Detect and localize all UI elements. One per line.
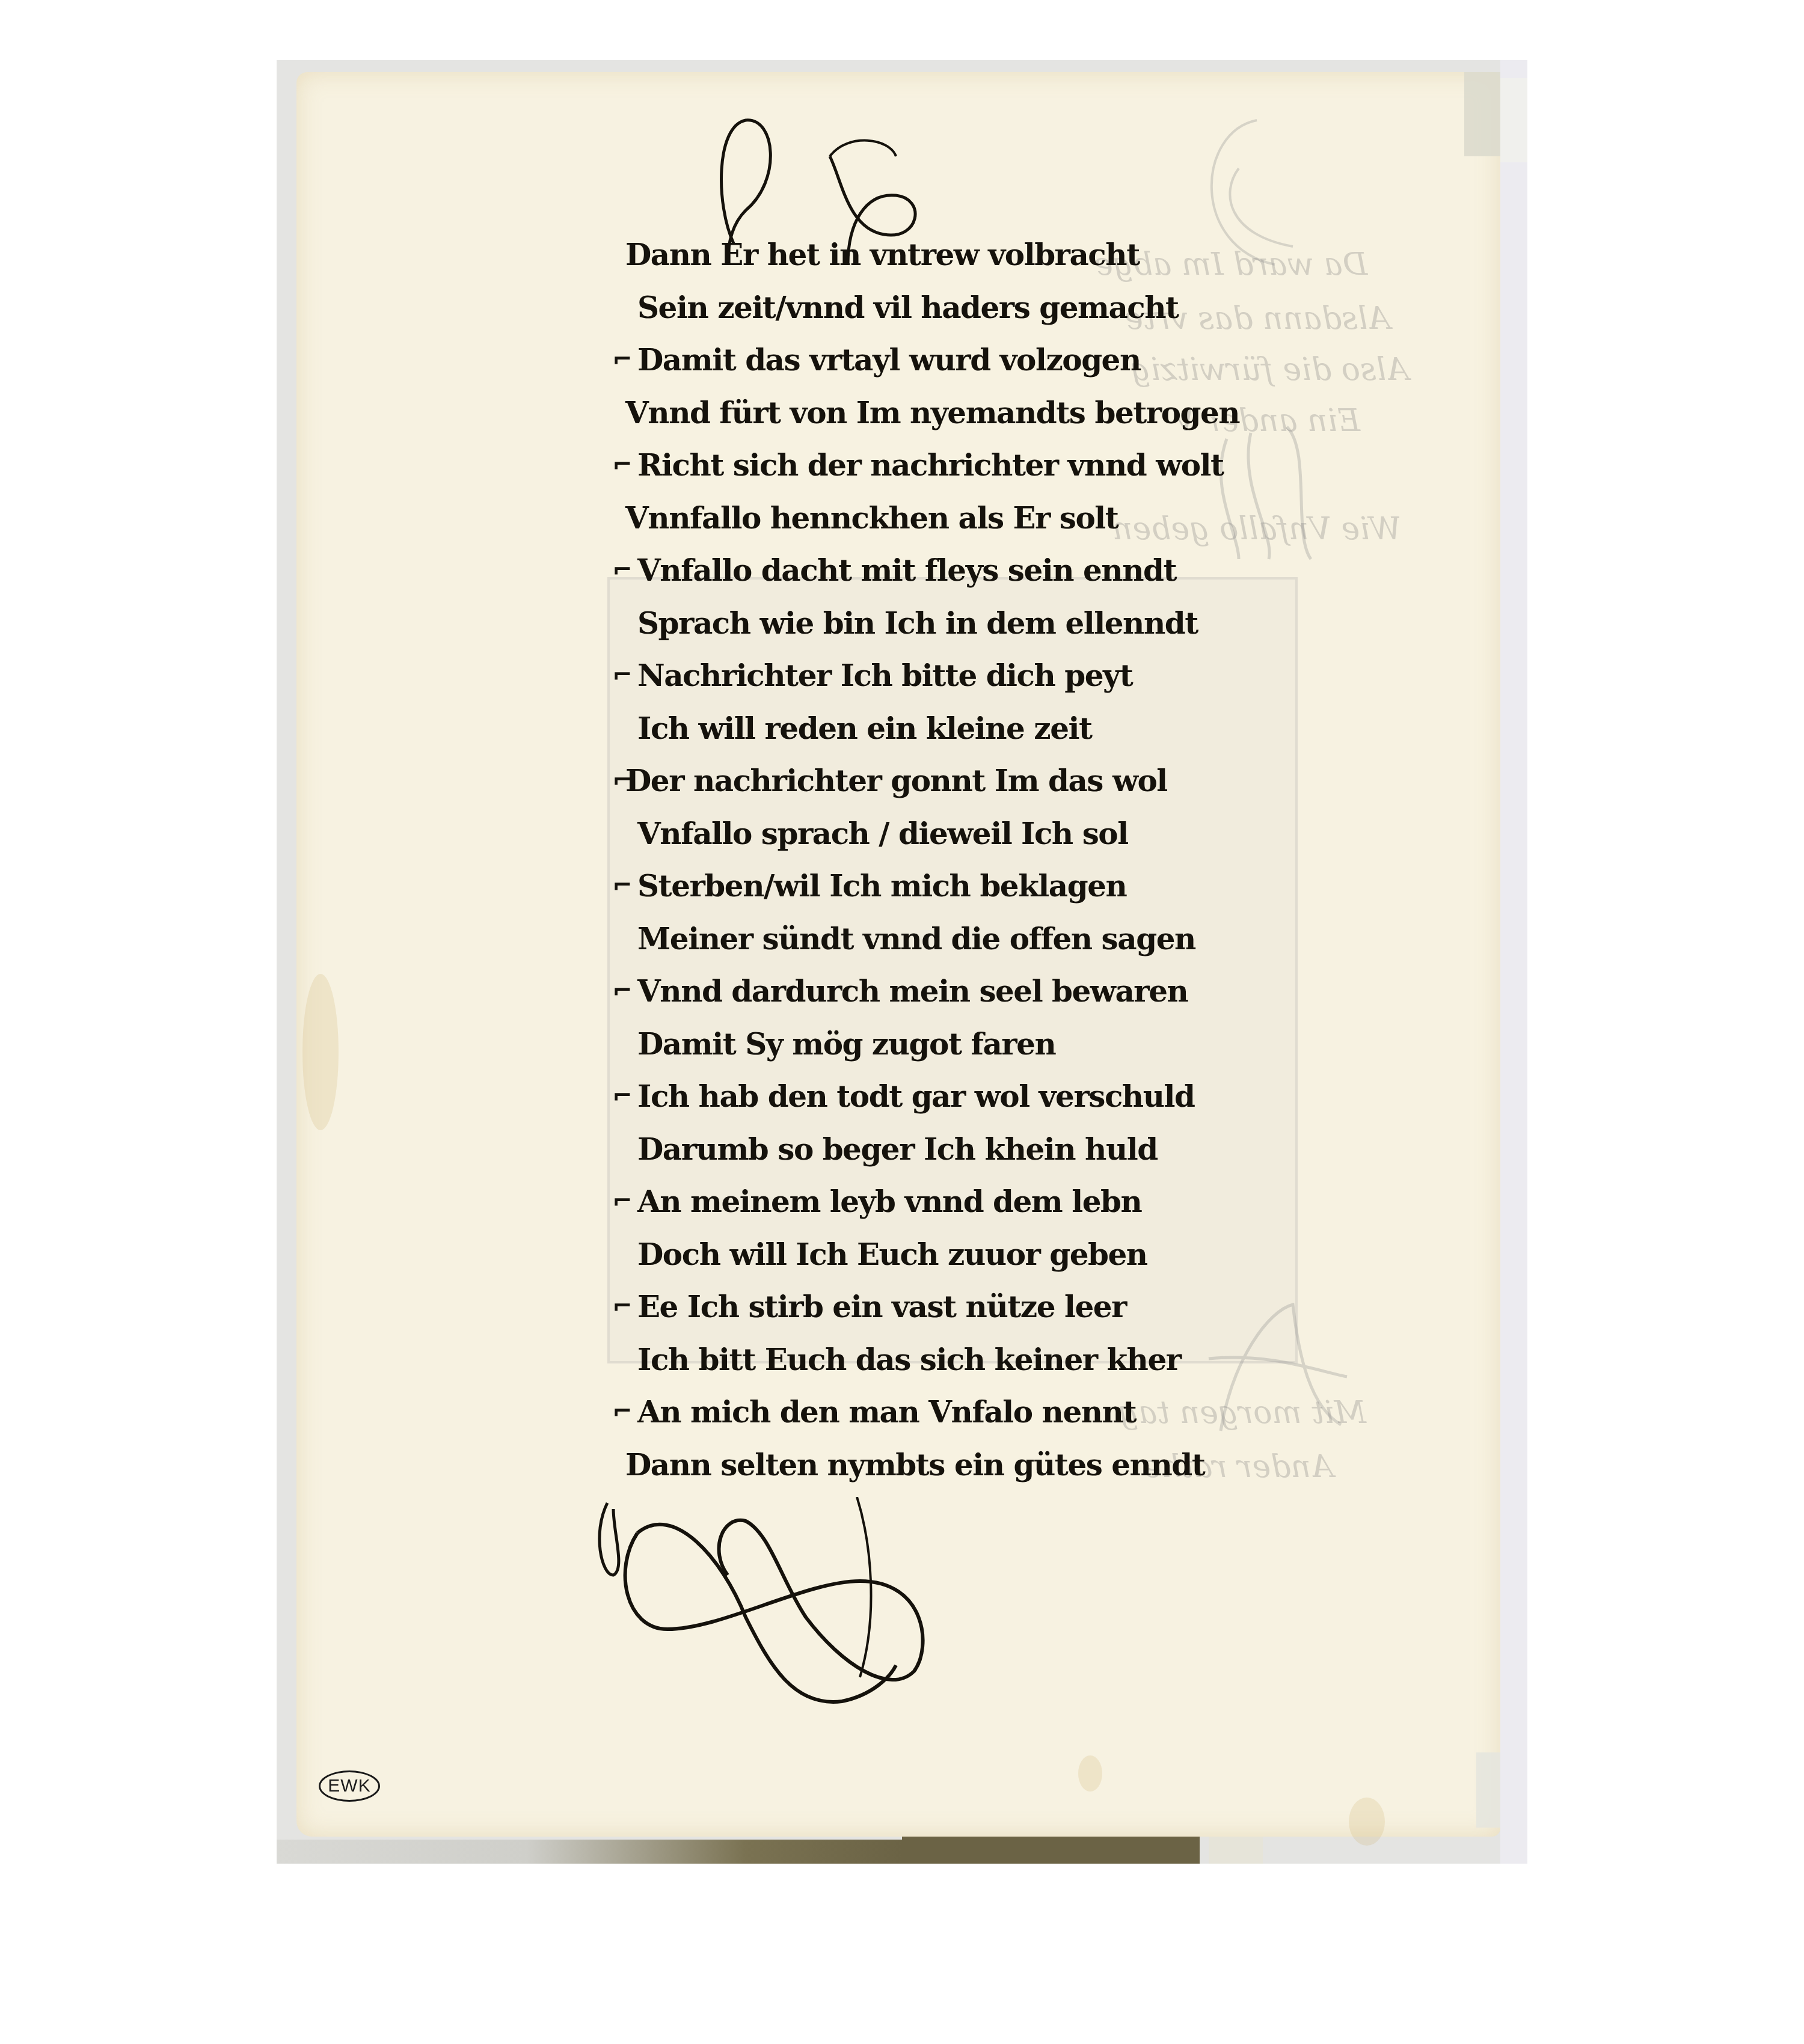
paragraph-mark-icon: ⌐ — [612, 1070, 631, 1123]
hinge-tape-bottom — [1209, 1834, 1263, 1864]
showthrough-line: Also die fürwitzig — [1131, 352, 1409, 388]
paragraph-mark-icon: ⌐ — [612, 1386, 631, 1439]
paragraph-mark-icon: ⌐ — [612, 334, 631, 387]
verse-line-9: ⌐Nachrichter Ich bitte dich peyt — [625, 649, 1131, 702]
foxing-stain — [1349, 1798, 1385, 1846]
paragraph-mark-icon: ⌐ — [612, 544, 631, 597]
collector-stamp: EWK — [319, 1770, 380, 1802]
hinge-tape-top-mount — [1500, 78, 1527, 162]
showthrough-initial-icon — [1203, 415, 1323, 571]
verse-line-13: ⌐Sterben/wil Ich mich beklagen — [625, 860, 1131, 913]
verse-line-5: ⌐Richt sich der nachrichter vnnd wolt — [625, 439, 1131, 492]
verse-line-3: ⌐Damit das vrtayl wurd volzogen — [625, 334, 1131, 387]
verse-line-15: ⌐Vnnd dardurch mein seel bewaren — [625, 965, 1131, 1018]
paragraph-mark-icon: ⌐ — [612, 965, 631, 1018]
verse-line-10: Ich will reden ein kleine zeit — [625, 702, 1131, 755]
verse-line-1: Dann Er het in vntrew volbracht — [625, 228, 1131, 281]
paragraph-mark-icon: ⌐ — [612, 860, 631, 913]
mount-right-edge — [1500, 60, 1527, 1864]
verse-line-16: Damit Sy mög zugot faren — [625, 1018, 1131, 1071]
verse-line-7: ⌐Vnfallo dacht mit fleys sein enndt — [625, 544, 1131, 597]
verse-line-8: Sprach wie bin Ich in dem ellenndt — [625, 597, 1131, 650]
mount-shadow-bottom — [277, 1840, 902, 1864]
showthrough-flourish-icon — [1173, 96, 1341, 289]
verse-line-12: Vnfallo sprach / dieweil Ich sol — [625, 807, 1131, 860]
verse-line-20: Doch will Ich Euch zuuor geben — [625, 1228, 1131, 1281]
paragraph-mark-icon: ⌐ — [612, 1175, 631, 1228]
verse-line-4: Vnnd fürt von Im nyemandts betrogen — [625, 387, 1131, 439]
bottom-flourish-icon — [589, 1497, 1022, 1725]
verse-line-23: ⌐An mich den man Vnfalo nennt — [625, 1386, 1131, 1439]
verse-line-21: ⌐Ee Ich stirb ein vast nütze leer — [625, 1281, 1131, 1333]
paragraph-mark-icon: ⌐ — [612, 1281, 631, 1333]
foxing-stain — [302, 974, 339, 1130]
verse-line-6: Vnnfallo hennckhen als Er solt — [625, 492, 1131, 545]
verse-line-24: Dann selten nymbts ein gütes enndt — [625, 1439, 1131, 1492]
verse-text-block: Dann Er het in vntrew volbracht Sein zei… — [625, 228, 1131, 1491]
paragraph-mark-icon: ⌐ — [612, 754, 631, 807]
verse-line-14: Meiner sündt vnnd die offen sagen — [625, 913, 1131, 965]
hinge-tape-bottom-right — [1476, 1752, 1500, 1828]
verse-line-18: Darumb so beger Ich khein huld — [625, 1123, 1131, 1176]
hinge-tape-top — [1464, 72, 1500, 156]
verse-line-2: Sein zeit/vnnd vil haders gemacht — [625, 281, 1131, 334]
showthrough-initial-icon — [1197, 1287, 1353, 1455]
paragraph-mark-icon: ⌐ — [612, 649, 631, 702]
paragraph-mark-icon: ⌐ — [612, 439, 631, 492]
verse-line-11: ⌐Der nachrichter gonnt Im das wol — [625, 754, 1131, 807]
verse-line-19: ⌐An meinem leyb vnnd dem lebn — [625, 1175, 1131, 1228]
foxing-stain — [1078, 1755, 1102, 1792]
verse-line-17: ⌐Ich hab den todt gar wol verschuld — [625, 1070, 1131, 1123]
verse-line-22: Ich bitt Euch das sich keiner kher — [625, 1333, 1131, 1386]
